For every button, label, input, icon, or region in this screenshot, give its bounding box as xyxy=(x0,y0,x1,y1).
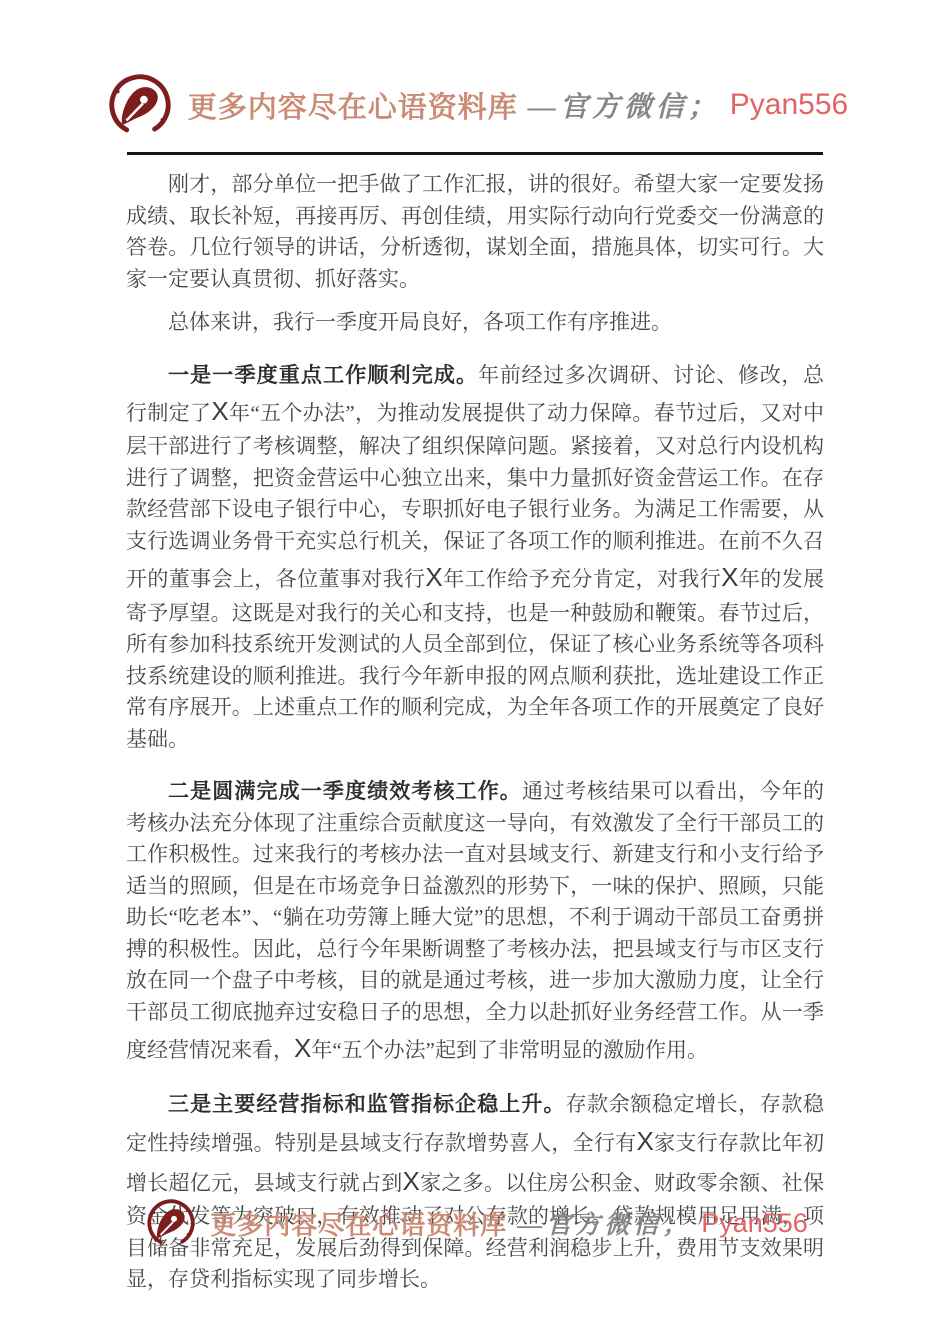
document-text-area: 刚才，部分单位一把手做了工作汇报，讲的很好。希望大家一定要发扬成绩、取长补短，再… xyxy=(126,155,824,1296)
document-page: 更多内容尽在心语资料库—官方微信；Pyan556 刚才，部分单位一把手做了工作汇… xyxy=(0,0,950,1344)
paragraph-lead: 三是主要经营指标和监管指标企稳上升。 xyxy=(168,1093,566,1116)
paragraph-text: 通过考核结果可以看出，今年的考核办法充分体现了注重综合贡献度这一导向，有效激发了… xyxy=(126,779,824,1062)
header-branding: 更多内容尽在心语资料库—官方微信；Pyan556 xyxy=(0,0,950,140)
pen-nib-circle-logo-icon xyxy=(142,1196,200,1250)
paragraph-text: 总体来讲，我行一季度开局良好，各项工作有序推进。 xyxy=(168,310,672,334)
placeholder-x: X xyxy=(637,1126,654,1156)
footer-wechat-label: —官方微信； xyxy=(517,1205,691,1241)
placeholder-x: X xyxy=(403,1166,420,1196)
paragraph: 总体来讲，我行一季度开局良好，各项工作有序推进。 xyxy=(126,307,824,339)
footer-brand-text: 更多内容尽在心语资料库 xyxy=(210,1205,507,1242)
header-wechat-label: —官方微信； xyxy=(528,85,720,125)
paragraph: 一是一季度重点工作顺利完成。年前经过多次调研、讨论、修改，总行制定了X年“五个办… xyxy=(126,360,824,756)
paragraph: 二是圆满完成一季度绩效考核工作。通过考核结果可以看出，今年的考核办法充分体现了注… xyxy=(126,776,824,1068)
footer-wechat-id: Pyan556 xyxy=(701,1208,808,1239)
pen-nib-circle-logo-icon xyxy=(102,70,178,140)
paragraph-text: 存款余额稳定增长，存款稳定性持续增强。特别是县域支行存款增势喜人，全行有X家支行… xyxy=(126,1092,824,1291)
header-brand-text: 更多内容尽在心语资料库 xyxy=(188,85,518,126)
paragraph-lead: 二是圆满完成一季度绩效考核工作。 xyxy=(168,780,522,803)
placeholder-x: X xyxy=(425,562,442,592)
placeholder-x: X xyxy=(211,396,228,426)
paragraph-lead: 一是一季度重点工作顺利完成。 xyxy=(168,364,478,387)
placeholder-x: X xyxy=(294,1033,311,1063)
footer-branding: 更多内容尽在心语资料库—官方微信；Pyan556 xyxy=(0,1196,950,1250)
paragraph-text: 年前经过多次调研、讨论、修改，总行制定了X年“五个办法”，为推动发展提供了动力保… xyxy=(126,363,824,751)
paragraph: 刚才，部分单位一把手做了工作汇报，讲的很好。希望大家一定要发扬成绩、取长补短，再… xyxy=(126,169,824,295)
paragraph-text: 刚才，部分单位一把手做了工作汇报，讲的很好。希望大家一定要发扬成绩、取长补短，再… xyxy=(126,172,824,291)
header-wechat-id: Pyan556 xyxy=(730,88,848,122)
placeholder-x: X xyxy=(721,562,738,592)
paragraph: 三是主要经营指标和监管指标企稳上升。存款余额稳定增长，存款稳定性持续增强。特别是… xyxy=(126,1089,824,1296)
